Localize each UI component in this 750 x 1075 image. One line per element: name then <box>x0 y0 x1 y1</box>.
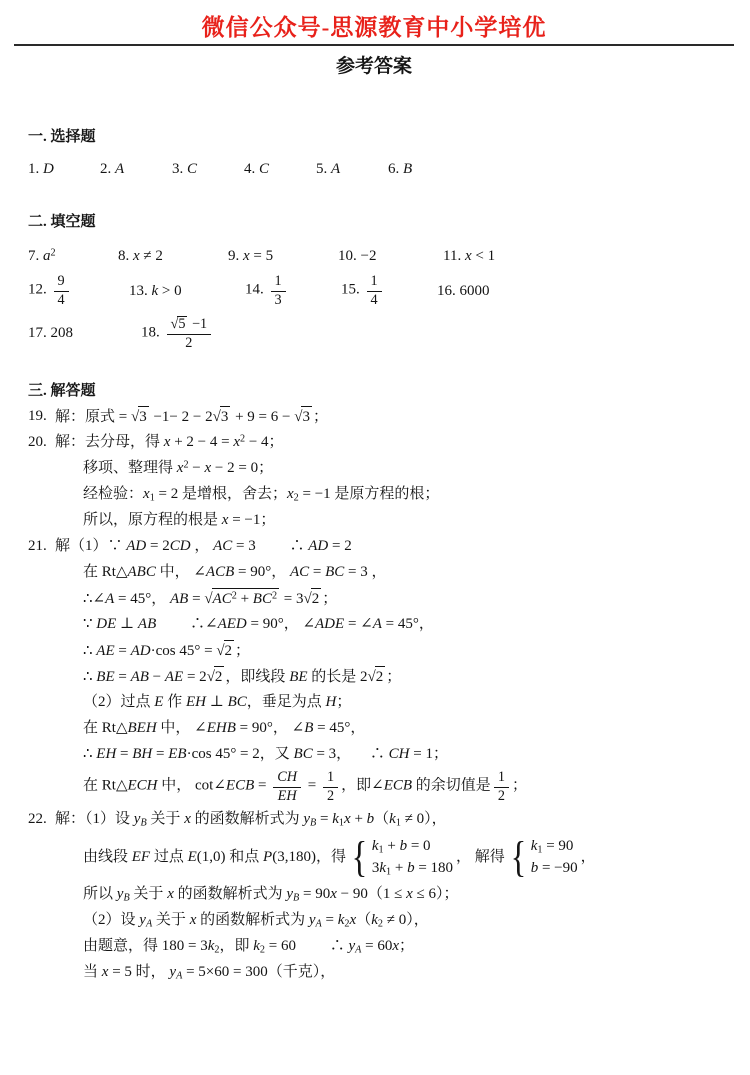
square-root: √3 <box>131 406 149 428</box>
fill-answer: 8. x ≠ 2 <box>118 248 228 265</box>
solution-line: 21.解（1）∵ AD = 2CD ， AC = 3 ∴ AD = 2 <box>28 536 720 558</box>
square-root: √2 <box>368 666 386 688</box>
solution-text: ∴ EH = BH = EB·cos 45° = 2，又 BC = 3， ∴ C… <box>83 744 720 765</box>
solution-line: 所以，原方程的根是 x = −1； <box>28 510 720 532</box>
fraction: CHEH <box>273 770 301 805</box>
fill-answer: 18. √5 −12 <box>141 316 214 352</box>
fill-answer: 11. x < 1 <box>443 248 495 265</box>
solution-line: 在 Rt△ABC 中， ∠ACB = 90°， AC = BC = 3 ， <box>28 562 720 584</box>
solution-text: （2）过点 E 作 EH ⊥ BC，垂足为点 H； <box>83 692 720 713</box>
equation-system: {k1 = 90b = −90 <box>508 835 578 880</box>
solution-text: ∴∠A = 45°， AB = √AC2 + BC2 = 3√2； <box>83 588 720 610</box>
solution-line: ∴ AE = AD·cos 45° = √2； <box>28 640 720 662</box>
fill-answer: 14. 13 <box>245 274 341 309</box>
solution-text: 所以 yB 关于 x 的函数解析式为 yB = 90x − 90（1 ≤ x ≤… <box>83 884 720 905</box>
fraction: 14 <box>367 274 382 309</box>
solution-text: 由线段 EF 过点 E(1,0) 和点 P(3,180)，得{k1 + b = … <box>83 835 720 880</box>
fill-answer: 12. 94 <box>28 274 129 309</box>
square-root: √3 <box>294 406 312 428</box>
solution-text: 在 Rt△BEH 中， ∠EHB = 90°， ∠B = 45°， <box>83 718 720 739</box>
problem-number: 22. <box>28 809 55 830</box>
solution-text: 解：去分母，得 x + 2 − 4 = x2 − 4； <box>55 432 720 453</box>
solution-line: 当 x = 5 时， yA = 5×60 = 300（千克）， <box>28 962 720 984</box>
square-root: √3 <box>213 406 231 428</box>
fraction: 13 <box>271 274 286 309</box>
solution-line: 在 Rt△BEH 中， ∠EHB = 90°， ∠B = 45°， <box>28 718 720 740</box>
solution-text: （2）设 yA 关于 x 的函数解析式为 yA = k2x（k2 ≠ 0）， <box>83 910 720 931</box>
choice-answer: 3. C <box>172 161 244 178</box>
solution-problem: 22.解：（1）设 yB 关于 x 的函数解析式为 yB = k1x + b（k… <box>28 809 720 984</box>
solution-problem: 19.解：原式 = √3 −1− 2 − 2√3 + 9 = 6 − √3； <box>28 406 720 428</box>
equation-system: {k1 + b = 03k1 + b = 180 <box>349 835 453 880</box>
solution-problem: 21.解（1）∵ AD = 2CD ， AC = 3 ∴ AD = 2在 Rt△… <box>28 536 720 805</box>
fill-answer: 10. −2 <box>338 248 443 265</box>
solution-text: 在 Rt△ECH 中， cot∠ECB = CHEH = 12，即∠ECB 的余… <box>83 770 720 805</box>
solution-line: 20.解：去分母，得 x + 2 − 4 = x2 − 4； <box>28 432 720 454</box>
solution-text: 解：原式 = √3 −1− 2 − 2√3 + 9 = 6 − √3； <box>55 406 720 428</box>
solution-text: 解（1）∵ AD = 2CD ， AC = 3 ∴ AD = 2 <box>55 536 720 557</box>
choice-answer: 5. A <box>316 161 388 178</box>
fill-answers: 7. a28. x ≠ 29. x = 510. −211. x < 112. … <box>28 248 720 352</box>
choice-answer: 2. A <box>100 161 172 178</box>
section-heading-solutions: 三. 解答题 <box>28 379 720 400</box>
fill-answers-row: 17. 20818. √5 −12 <box>28 316 720 352</box>
solution-line: （2）设 yA 关于 x 的函数解析式为 yA = k2x（k2 ≠ 0）， <box>28 910 720 932</box>
solution-line: 移项、整理得 x2 − x − 2 = 0； <box>28 458 720 480</box>
solutions-list: 19.解：原式 = √3 −1− 2 − 2√3 + 9 = 6 − √3；20… <box>28 406 720 984</box>
banner-title: 微信公众号-思源教育中小学培优 <box>28 14 720 41</box>
solution-text: 移项、整理得 x2 − x − 2 = 0； <box>83 458 720 479</box>
header-divider <box>14 44 734 46</box>
solution-line: 在 Rt△ECH 中， cot∠ECB = CHEH = 12，即∠ECB 的余… <box>28 770 720 805</box>
fill-answer: 7. a2 <box>28 248 118 265</box>
solution-text: ∵ DE ⊥ AB ∴∠AED = 90°， ∠ADE = ∠A = 45°， <box>83 614 720 635</box>
section-heading-choice: 一. 选择题 <box>28 125 720 146</box>
solution-line: 19.解：原式 = √3 −1− 2 − 2√3 + 9 = 6 − √3； <box>28 406 720 428</box>
fill-answer: 13. k > 0 <box>129 283 245 300</box>
solution-problem: 20.解：去分母，得 x + 2 − 4 = x2 − 4；移项、整理得 x2 … <box>28 432 720 532</box>
solution-text: 在 Rt△ABC 中， ∠ACB = 90°， AC = BC = 3 ， <box>83 562 720 583</box>
fill-answers-row: 7. a28. x ≠ 29. x = 510. −211. x < 1 <box>28 248 720 265</box>
choice-answers-row: 1. D2. A3. C4. C5. A6. B <box>28 161 720 178</box>
choice-answer: 6. B <box>388 161 460 178</box>
problem-number: 21. <box>28 536 55 557</box>
choice-answer: 4. C <box>244 161 316 178</box>
fraction: 12 <box>323 770 338 805</box>
solution-line: ∴ EH = BH = EB·cos 45° = 2，又 BC = 3， ∴ C… <box>28 744 720 766</box>
solution-text: 由题意，得 180 = 3k2，即 k2 = 60 ∴ yA = 60x； <box>83 936 720 957</box>
solution-line: 由线段 EF 过点 E(1,0) 和点 P(3,180)，得{k1 + b = … <box>28 835 720 880</box>
fill-answer: 9. x = 5 <box>228 248 338 265</box>
solution-line: ∴ BE = AB − AE = 2√2，即线段 BE 的长是 2√2； <box>28 666 720 688</box>
square-root: √5 <box>171 316 188 333</box>
choice-answer: 1. D <box>28 161 100 178</box>
problem-number: 19. <box>28 406 55 427</box>
page-title: 参考答案 <box>28 51 720 78</box>
square-root: √2 <box>207 666 225 688</box>
fill-answer: 16. 6000 <box>437 283 490 300</box>
solution-line: ∵ DE ⊥ AB ∴∠AED = 90°， ∠ADE = ∠A = 45°， <box>28 614 720 636</box>
solution-text: ∴ BE = AB − AE = 2√2，即线段 BE 的长是 2√2； <box>83 666 720 688</box>
answer-sheet-page: 微信公众号-思源教育中小学培优 参考答案 一. 选择题 1. D2. A3. C… <box>0 0 750 984</box>
solution-text: 经检验：x1 = 2 是增根，舍去；x2 = −1 是原方程的根； <box>83 484 720 505</box>
fill-answers-row: 12. 9413. k > 014. 1315. 1416. 6000 <box>28 274 720 309</box>
square-root: √2 <box>216 640 234 662</box>
solution-line: 由题意，得 180 = 3k2，即 k2 = 60 ∴ yA = 60x； <box>28 936 720 958</box>
fraction: 94 <box>54 274 69 309</box>
solution-line: ∴∠A = 45°， AB = √AC2 + BC2 = 3√2； <box>28 588 720 610</box>
square-root: √AC2 + BC2 <box>204 588 279 610</box>
solution-text: ∴ AE = AD·cos 45° = √2； <box>83 640 720 662</box>
square-root: √2 <box>304 588 322 610</box>
solution-line: 所以 yB 关于 x 的函数解析式为 yB = 90x − 90（1 ≤ x ≤… <box>28 884 720 906</box>
solution-line: 经检验：x1 = 2 是增根，舍去；x2 = −1 是原方程的根； <box>28 484 720 506</box>
fraction: √5 −12 <box>167 316 212 352</box>
fill-answer: 15. 14 <box>341 274 437 309</box>
problem-number: 20. <box>28 432 55 453</box>
solution-line: 22.解：（1）设 yB 关于 x 的函数解析式为 yB = k1x + b（k… <box>28 809 720 831</box>
solution-line: （2）过点 E 作 EH ⊥ BC，垂足为点 H； <box>28 692 720 714</box>
solution-text: 解：（1）设 yB 关于 x 的函数解析式为 yB = k1x + b（k1 ≠… <box>55 809 720 830</box>
fraction: 12 <box>494 770 509 805</box>
solution-text: 当 x = 5 时， yA = 5×60 = 300（千克）， <box>83 962 720 983</box>
section-heading-fill: 二. 填空题 <box>28 210 720 231</box>
solution-text: 所以，原方程的根是 x = −1； <box>83 510 720 531</box>
fill-answer: 17. 208 <box>28 325 141 342</box>
